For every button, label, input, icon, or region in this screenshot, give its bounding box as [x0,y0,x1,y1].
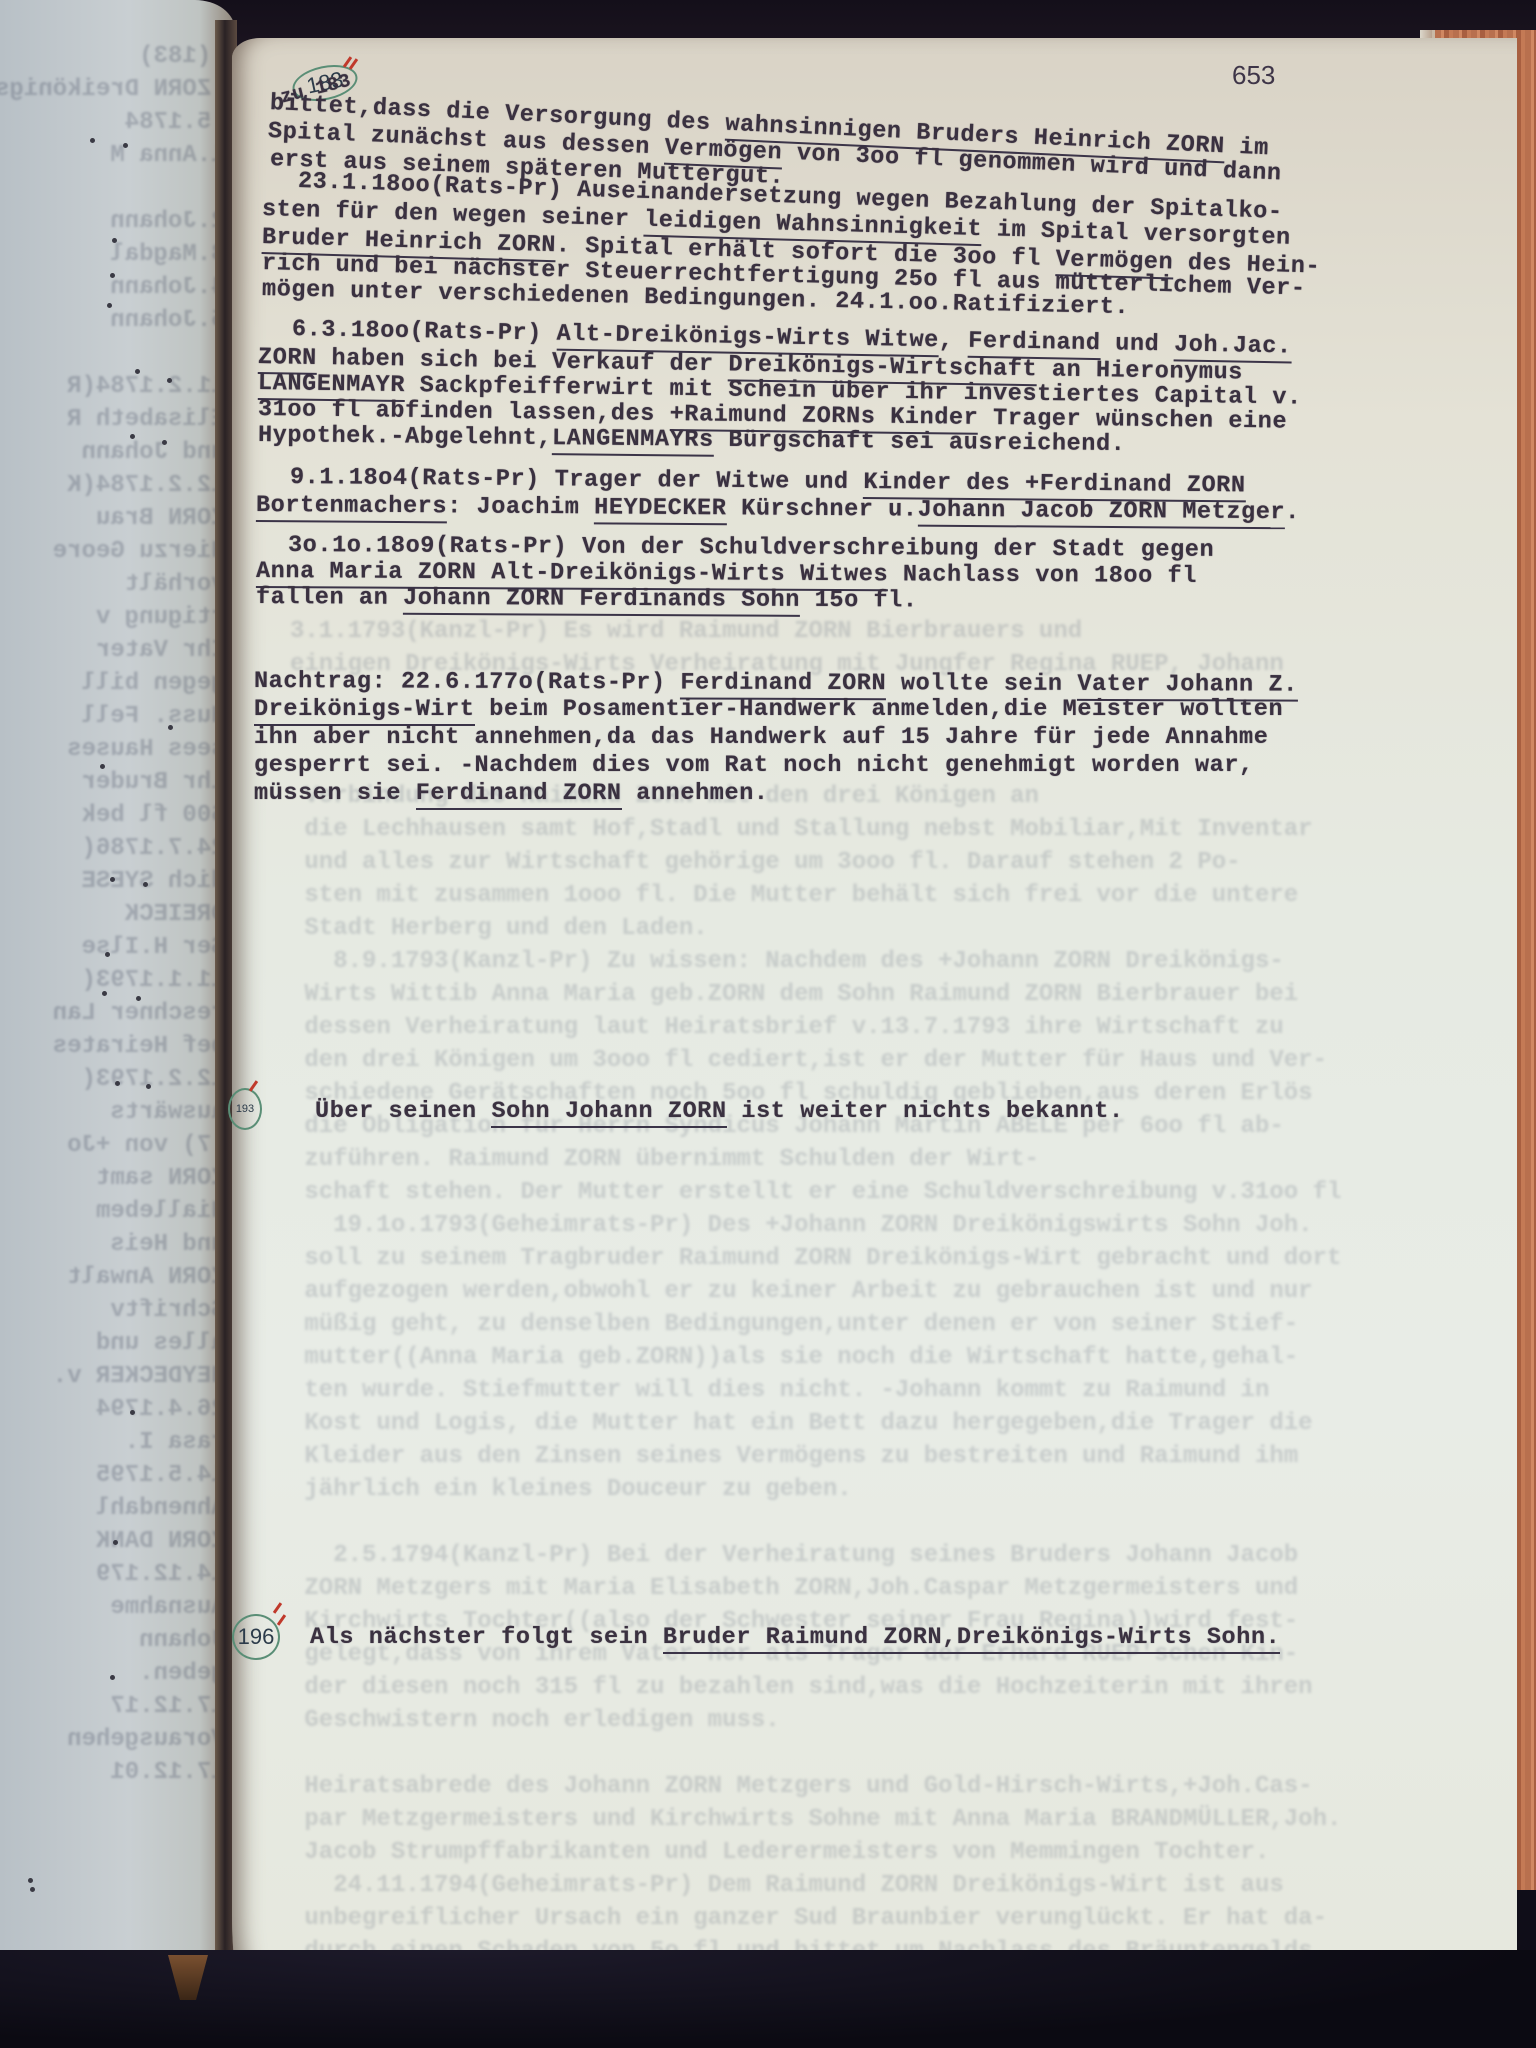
page-number: 653 [1232,60,1275,91]
text-line: ihn aber nicht annehmen,da das Handwerk … [254,726,1268,750]
bleed-through-text: 3.1.1793(Kanzl-Pr) Es wird Raimund ZORN … [290,615,1450,2034]
text-line: Dreikönigs-Wirt beim Posamentier-Handwer… [254,698,1283,722]
margin-ref-middle-label: 193 [236,1103,254,1115]
text-line: Als nächster folgt sein Bruder Raimund Z… [310,1626,1280,1650]
margin-ref-middle: 193 [228,1088,262,1130]
text-line: Bortenmachers: Joachim HEYDECKER Kürschn… [256,494,1300,525]
left-facing-page: (183) ,ZORN Dreikönigs ,5.1784 1.Anna M … [0,0,235,1970]
text-line: gesperrt sei. -Nachdem dies vom Rat noch… [254,754,1254,778]
left-page-mirrored-text: (183) ,ZORN Dreikönigs ,5.1784 1.Anna M … [0,40,235,1789]
text-line: fallen an Johann ZORN Ferdinands Sohn 15… [256,586,918,613]
text-line: müssen sie Ferdinand ZORN annehmen. [254,782,769,806]
table-cloth-background [0,1950,1536,2048]
margin-ref-196: 196 [232,1614,280,1660]
margin-ref-196-label: 196 [238,1624,275,1650]
text-line: Nachtrag: 22.6.177o(Rats-Pr) Ferdinand Z… [254,670,1298,697]
text-line: Über seinen Sohn Johann ZORN ist weiter … [315,1100,1124,1124]
